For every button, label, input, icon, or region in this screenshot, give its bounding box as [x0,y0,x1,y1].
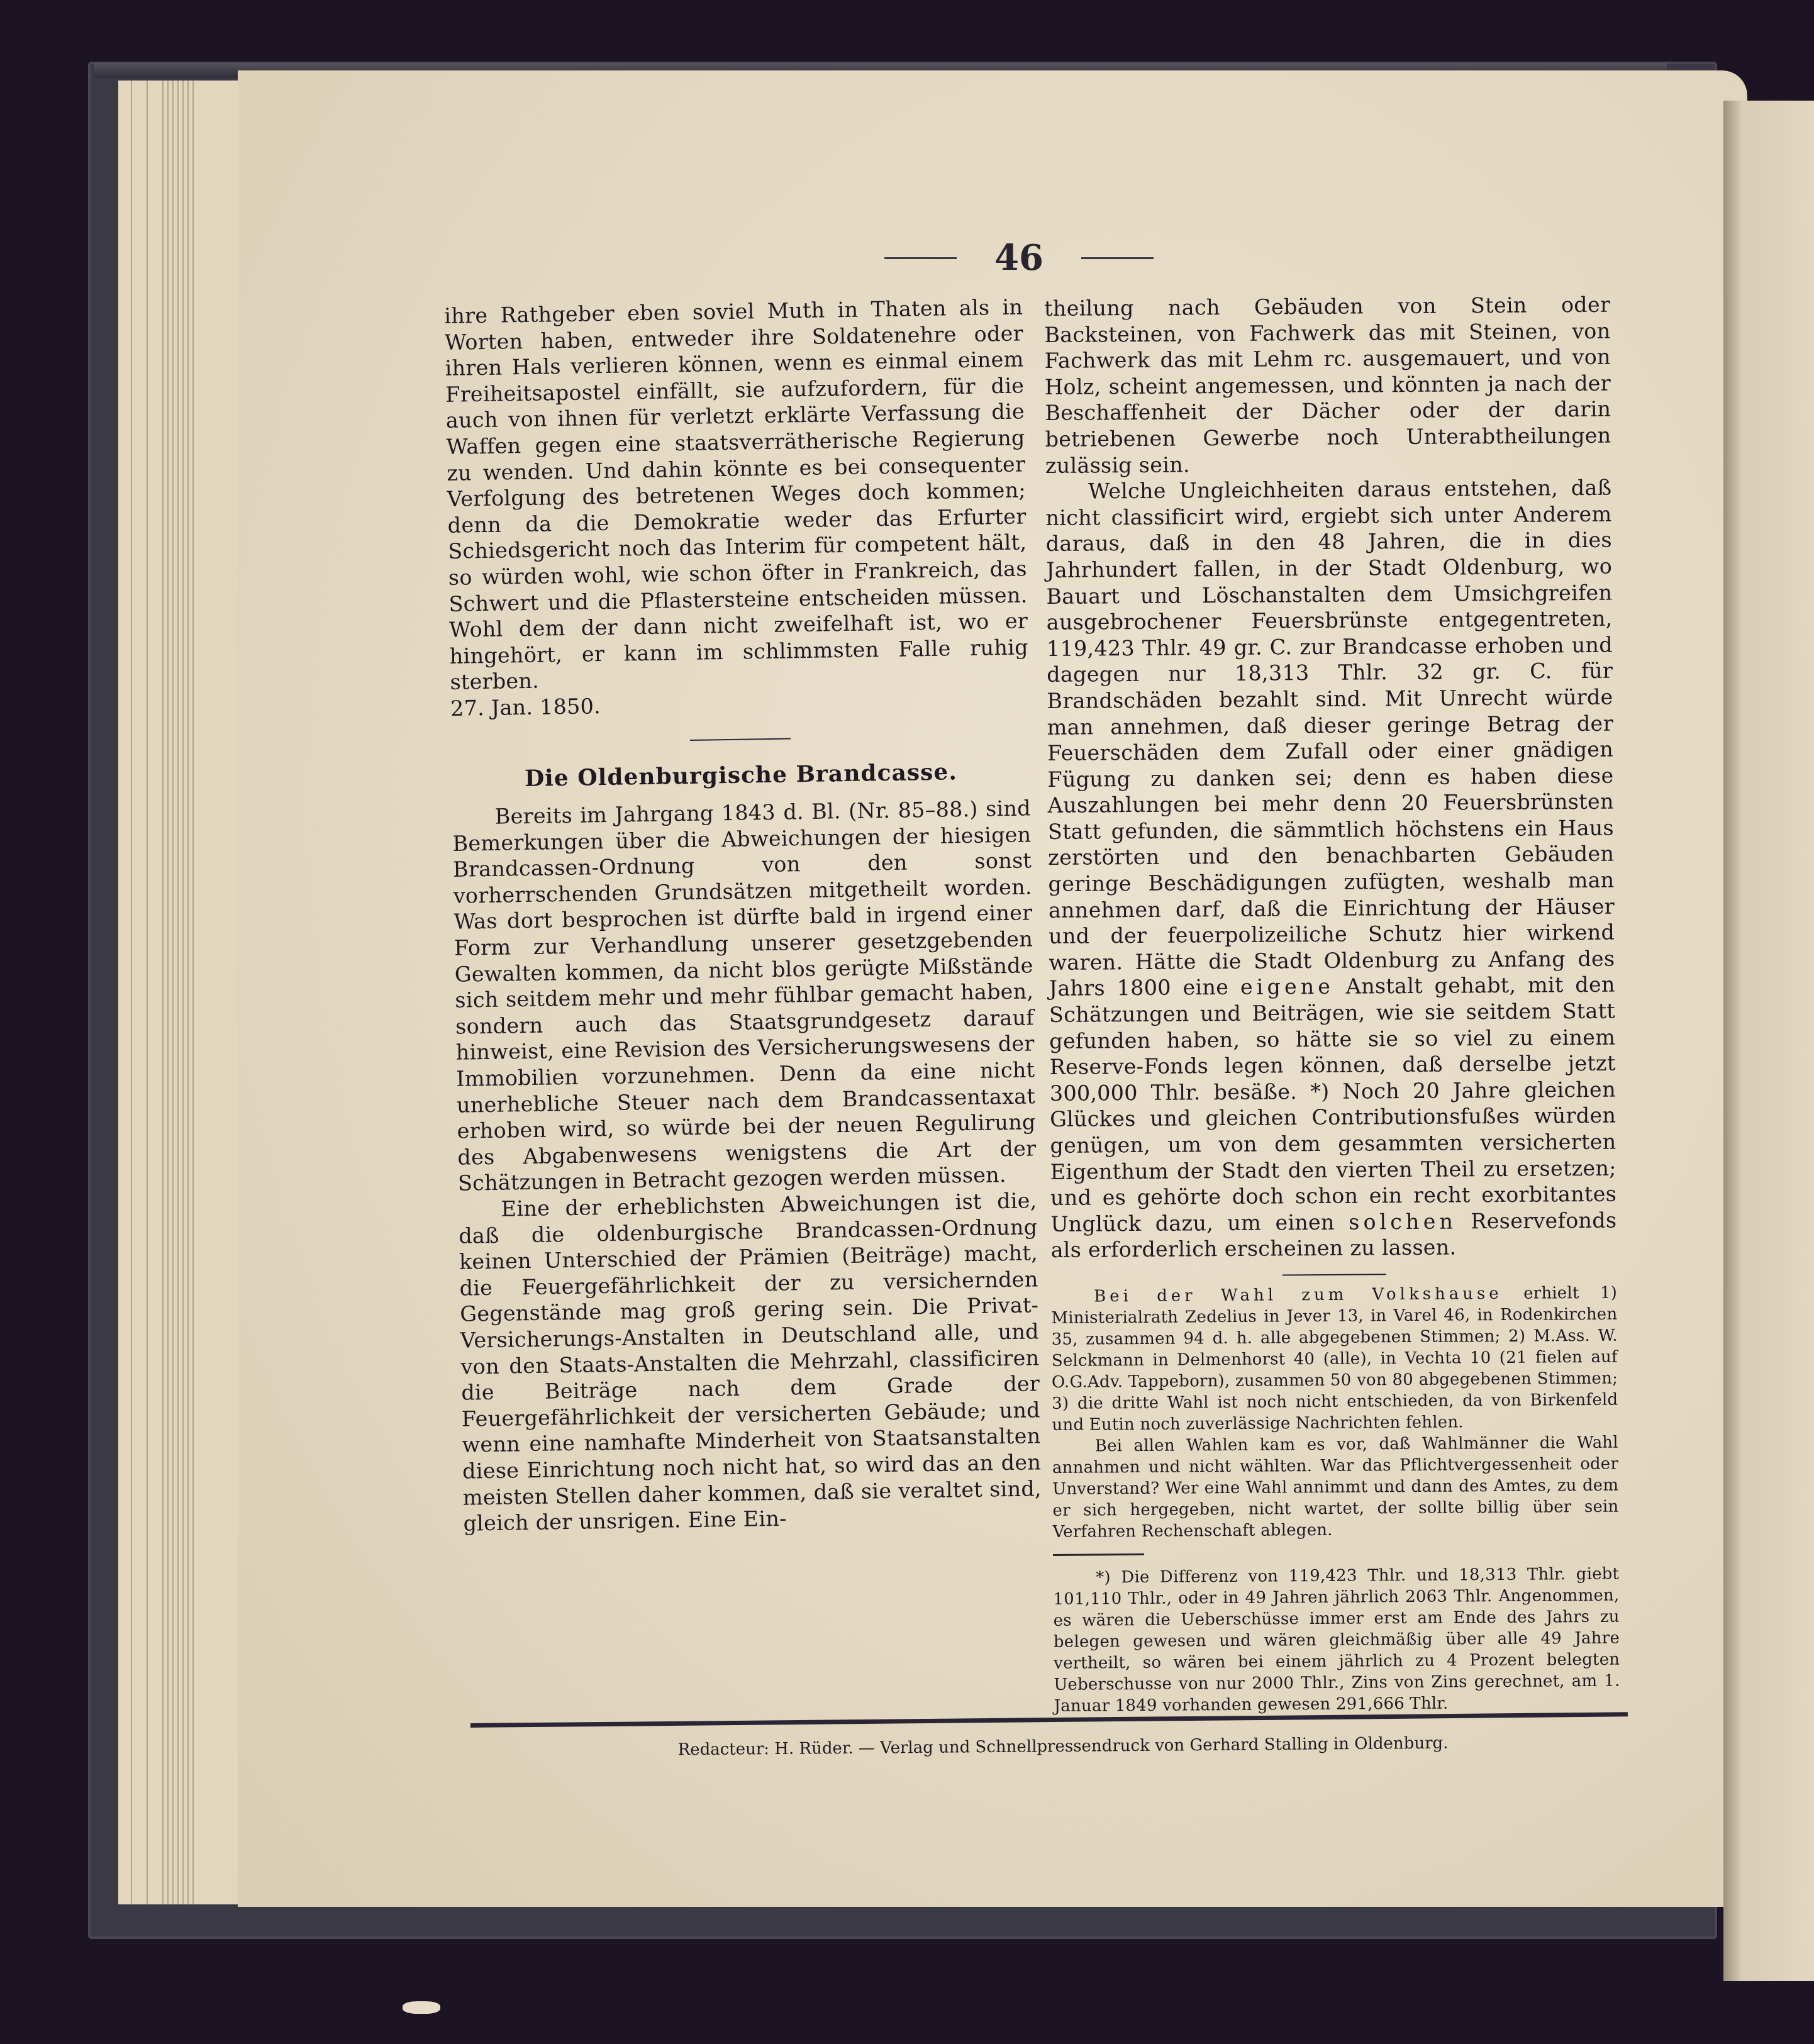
news-note: Bei der Wahl zum Volkshause erhielt 1) M… [1051,1282,1618,1436]
header-rule-left [884,257,957,259]
paragraph-text: Anstalt gehabt, mit den Schätzungen und … [1049,972,1616,1236]
emphasis-text: solchen [1349,1209,1457,1234]
continued-paragraph: theilung nach Gebäuden von Stein oder Ba… [1044,292,1611,479]
notes-divider [1282,1274,1386,1275]
note-lead: Bei der Wahl zum Volkshause [1094,1284,1503,1306]
paragraph: Bereits im Jahrgang 1843 d. Bl. (Nr. 85–… [452,796,1037,1197]
emphasis-text: eigene [1240,974,1334,999]
page-header: 46 [868,236,1170,280]
news-note: Bei allen Wahlen kam es vor, daß Wahlmän… [1052,1432,1619,1543]
paragraph-text: Welche Ungleichheiten daraus entstehen, … [1045,475,1615,1001]
paper-tear [403,2001,440,2014]
footnote-divider [1053,1553,1144,1556]
header-rule-right [1081,257,1154,259]
footnote: *) Die Differenz von 119,423 Thlr. und 1… [1053,1564,1620,1717]
note-text: erhielt 1) Ministerialrath Zedelius in J… [1051,1284,1618,1435]
page-edges-stack [118,81,244,1904]
section-divider [690,738,791,741]
right-column: theilung nach Gebäuden von Stein oder Ba… [1044,292,1620,1717]
section-heading: Die Oldenburgische Brandcasse. [452,758,1031,793]
facing-page-gutter [1723,101,1814,1981]
continued-paragraph: ihre Rathgeber eben soviel Muth in Thate… [444,294,1029,696]
note-text: Bei allen Wahlen kam es vor, daß Wahlmän… [1052,1433,1619,1541]
page-number: 46 [994,237,1043,279]
paragraph: Welche Ungleichheiten daraus entstehen, … [1045,475,1617,1264]
left-column: ihre Rathgeber eben soviel Muth in Thate… [444,294,1042,1537]
paragraph: Eine der erheblichsten Abweichungen ist … [458,1187,1042,1536]
